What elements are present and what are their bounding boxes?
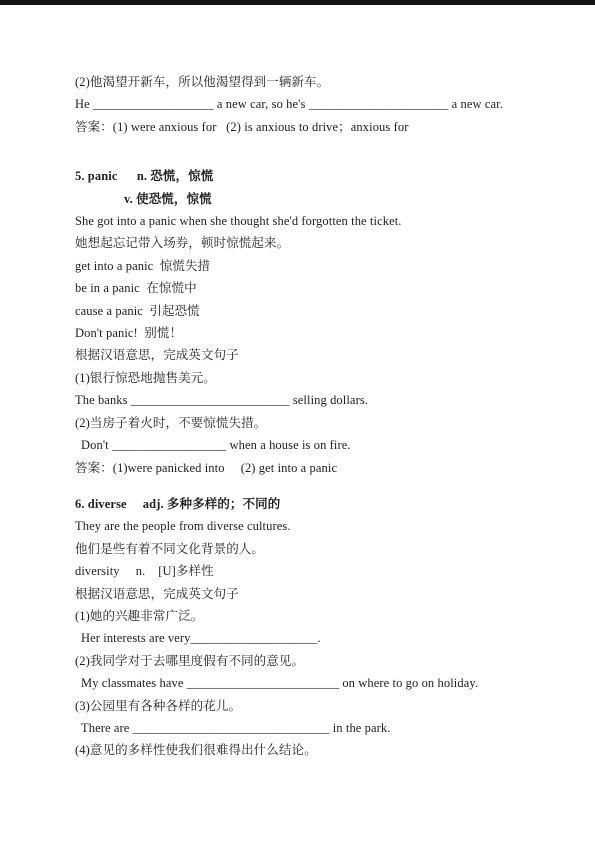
answer-line: 答案：(1)were panicked into (2) get into a … — [75, 457, 565, 479]
fill-in-blank-sentence: Her interests are very__________________… — [75, 627, 565, 649]
phrase-line: get into a panic 惊慌失措 — [75, 255, 565, 277]
example-sentence-en: They are the people from diverse culture… — [75, 515, 565, 537]
exercise-prompt-cn: (2)当房子着火时，不要惊慌失措。 — [75, 412, 565, 434]
entry-anxious-exercise-tail: (2)他渴望开新车，所以他渴望得到一辆新车。He _______________… — [75, 71, 565, 138]
example-sentence-cn: 他们是些有着不同文化背景的人。 — [75, 538, 565, 560]
derived-word-line: diversity n. [U]多样性 — [75, 560, 565, 582]
entry-diverse: 6. diverse adj. 多种多样的；不同的They are the pe… — [75, 493, 565, 762]
entry-panic: 5. panic n. 恐慌，惊慌v. 使恐慌，惊慌She got into a… — [75, 165, 565, 479]
exercise-prompt-cn: (2)他渴望开新车，所以他渴望得到一辆新车。 — [75, 71, 565, 93]
entry-heading: 5. panic n. 恐慌，惊慌 — [75, 165, 565, 187]
example-sentence-cn: 她想起忘记带入场券，顿时惊慌起来。 — [75, 232, 565, 254]
example-sentence-en: She got into a panic when she thought sh… — [75, 210, 565, 232]
exercise-prompt-cn: (1)银行惊恐地抛售美元。 — [75, 367, 565, 389]
exercise-instruction: 根据汉语意思，完成英文句子 — [75, 583, 565, 605]
page-top-border — [0, 0, 595, 5]
fill-in-blank-sentence: There are ______________________________… — [75, 717, 565, 739]
phrase-line: cause a panic 引起恐慌 — [75, 300, 565, 322]
exercise-prompt-cn: (4)意见的多样性使我们很难得出什么结论。 — [75, 739, 565, 761]
exercise-prompt-cn: (2)我同学对于去哪里度假有不同的意见。 — [75, 650, 565, 672]
exercise-instruction: 根据汉语意思，完成英文句子 — [75, 344, 565, 366]
phrase-line: Don't panic! 别慌！ — [75, 322, 565, 344]
fill-in-blank-sentence: He ___________________ a new car, so he'… — [75, 93, 565, 115]
document-page: (2)他渴望开新车，所以他渴望得到一辆新车。He _______________… — [0, 0, 595, 841]
fill-in-blank-sentence: The banks _________________________ sell… — [75, 389, 565, 411]
phrase-line: be in a panic 在惊慌中 — [75, 277, 565, 299]
answer-line: 答案：(1) were anxious for (2) is anxious t… — [75, 116, 565, 138]
exercise-prompt-cn: (1)她的兴趣非常广泛。 — [75, 605, 565, 627]
entry-heading-line2: v. 使恐慌，惊慌 — [75, 188, 565, 210]
fill-in-blank-sentence: Don't __________________ when a house is… — [75, 434, 565, 456]
fill-in-blank-sentence: My classmates have _____________________… — [75, 672, 565, 694]
entry-heading: 6. diverse adj. 多种多样的；不同的 — [75, 493, 565, 515]
document-body: (2)他渴望开新车，所以他渴望得到一辆新车。He _______________… — [0, 0, 595, 762]
exercise-prompt-cn: (3)公园里有各种各样的花儿。 — [75, 695, 565, 717]
